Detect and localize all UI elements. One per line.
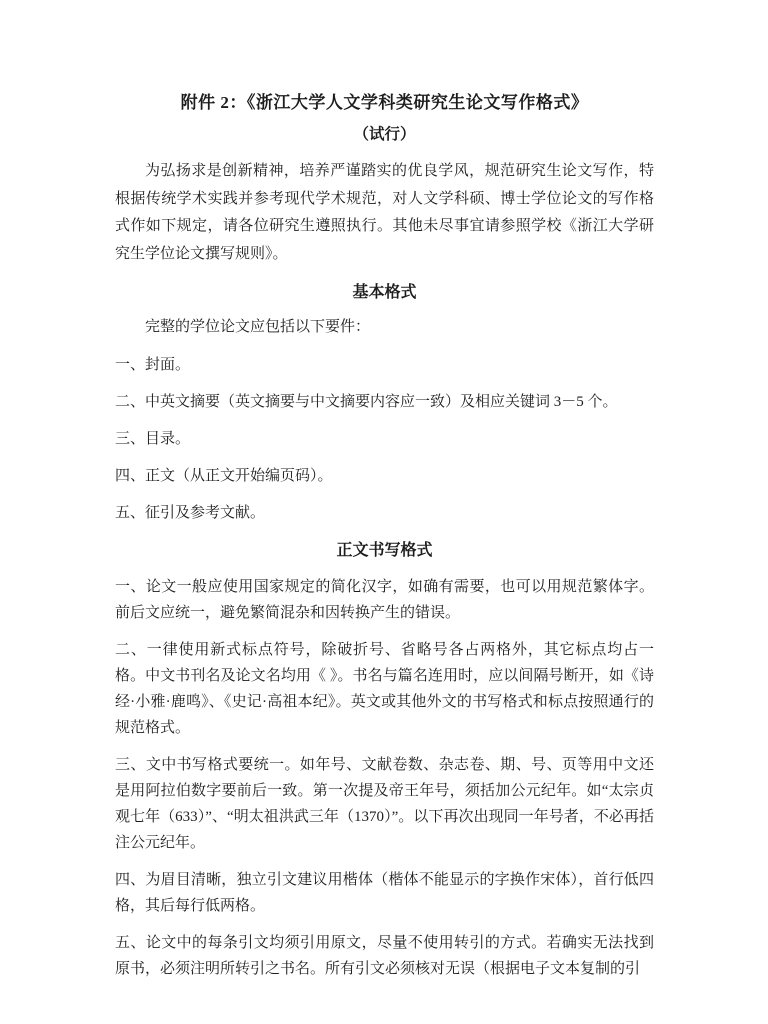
- rule-paragraph-citation-original-text: 五、论文中的每条引文均须引用原文，尽量不使用转引的方式。若确实无法找到原书，必须…: [115, 930, 654, 982]
- basic-format-lead: 完整的学位论文应包括以下要件：: [115, 314, 654, 341]
- document-page: 附件 2：《浙江大学人文学科类研究生论文写作格式》 （试行） 为弘扬求是创新精神…: [0, 0, 768, 1024]
- rule-paragraph-numbering-consistency: 三、文中书写格式要统一。如年号、文献卷数、杂志卷、期、号、页等用中文还是用阿拉伯…: [115, 752, 654, 856]
- list-item-toc: 三、目录。: [115, 426, 654, 452]
- section-heading-basic-format: 基本格式: [115, 281, 654, 305]
- rule-paragraph-quotation-typeface: 四、为眉目清晰，独立引文建议用楷体（楷体不能显示的字换作宋体），首行低四格，其后…: [115, 867, 654, 919]
- document-content: 附件 2：《浙江大学人文学科类研究生论文写作格式》 （试行） 为弘扬求是创新精神…: [0, 0, 768, 982]
- list-item-main-text: 四、正文（从正文开始编页码）。: [115, 463, 654, 489]
- intro-paragraph: 为弘扬求是创新精神，培养严谨踏实的优良学风，规范研究生论文写作，特根据传统学术实…: [115, 158, 654, 268]
- rule-paragraph-punctuation: 二、一律使用新式标点符号，除破折号、省略号各占两格外，其它标点均占一格。中文书刊…: [115, 637, 654, 741]
- list-item-cover: 一、封面。: [115, 352, 654, 378]
- rule-paragraph-simplified-characters: 一、论文一般应使用国家规定的简化汉字，如确有需要，也可以用规范繁体字。前后文应统…: [115, 574, 654, 626]
- list-item-abstract: 二、中英文摘要（英文摘要与中文摘要内容应一致）及相应关键词 3－5 个。: [115, 389, 654, 415]
- document-title: 附件 2：《浙江大学人文学科类研究生论文写作格式》: [115, 92, 654, 114]
- document-subtitle: （试行）: [115, 125, 654, 145]
- list-item-references: 五、征引及参考文献。: [115, 500, 654, 526]
- section-heading-body-writing-format: 正文书写格式: [115, 539, 654, 563]
